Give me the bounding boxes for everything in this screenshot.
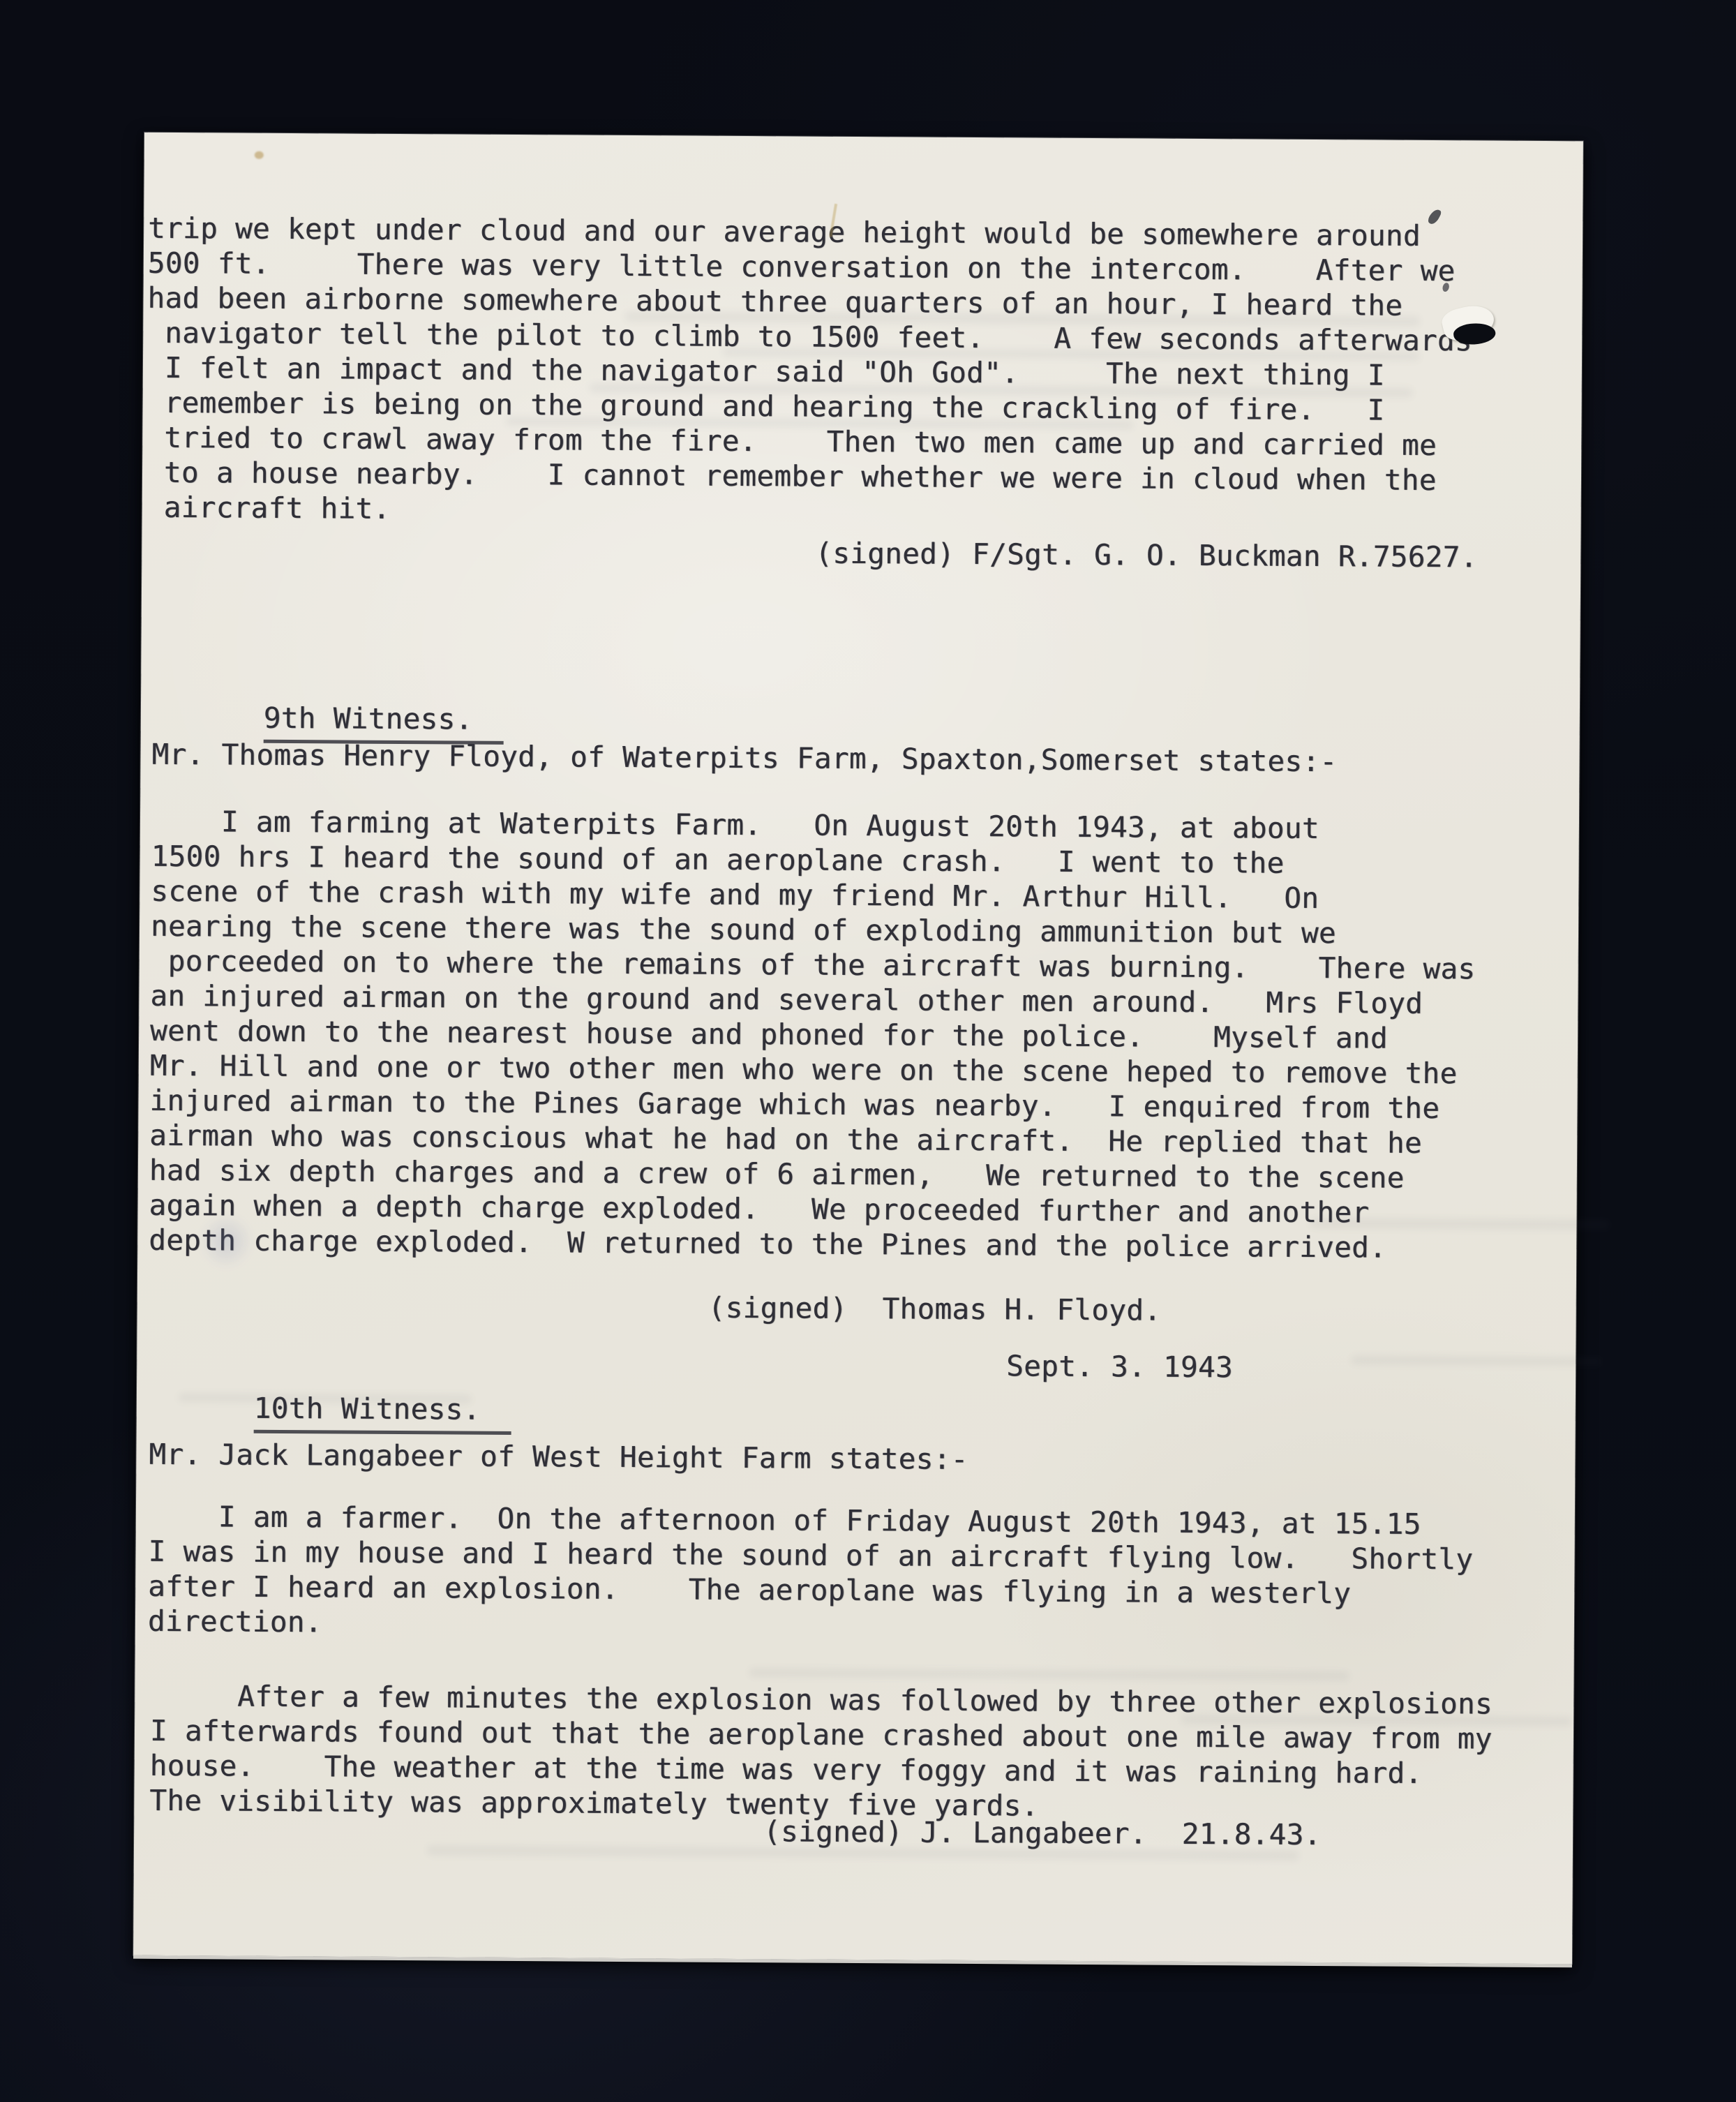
bleed-through-mark (1351, 1355, 1602, 1366)
witness10-statement-part1: I am a farmer. On the afternoon of Frida… (148, 1499, 1474, 1647)
statement-date: Sept. 3. 1943 (1006, 1348, 1233, 1385)
document-page: trip we kept under cloud and our average… (133, 133, 1583, 1965)
signature-buckman: (signed) F/Sgt. G. O. Buckman R.75627. (815, 536, 1478, 575)
foxing-stain (255, 151, 264, 159)
bleed-through-mark (749, 1668, 1349, 1680)
signature-floyd: (signed) Thomas H. Floyd. (708, 1290, 1162, 1328)
witness9-intro: Mr. Thomas Henry Floyd, of Waterpits Far… (151, 737, 1337, 779)
signature-langabeer: (signed) J. Langabeer. 21.8.43. (763, 1814, 1322, 1852)
witness10-statement-part2: After a few minutes the explosion was fo… (149, 1678, 1492, 1826)
bleed-through-mark (179, 1393, 472, 1404)
witness10-intro: Mr. Jack Langabeer of West Height Farm s… (149, 1437, 968, 1477)
ink-smudge (199, 1213, 253, 1269)
continuation-paragraph: trip we kept under cloud and our average… (147, 211, 1474, 533)
bleed-through-mark (1310, 1218, 1610, 1230)
scan-background: trip we kept under cloud and our average… (0, 0, 1736, 2102)
typewritten-line: depth charge exploded. W returned to the… (149, 1223, 1474, 1266)
witness9-statement: I am farming at Waterpits Farm. On Augus… (149, 804, 1476, 1266)
